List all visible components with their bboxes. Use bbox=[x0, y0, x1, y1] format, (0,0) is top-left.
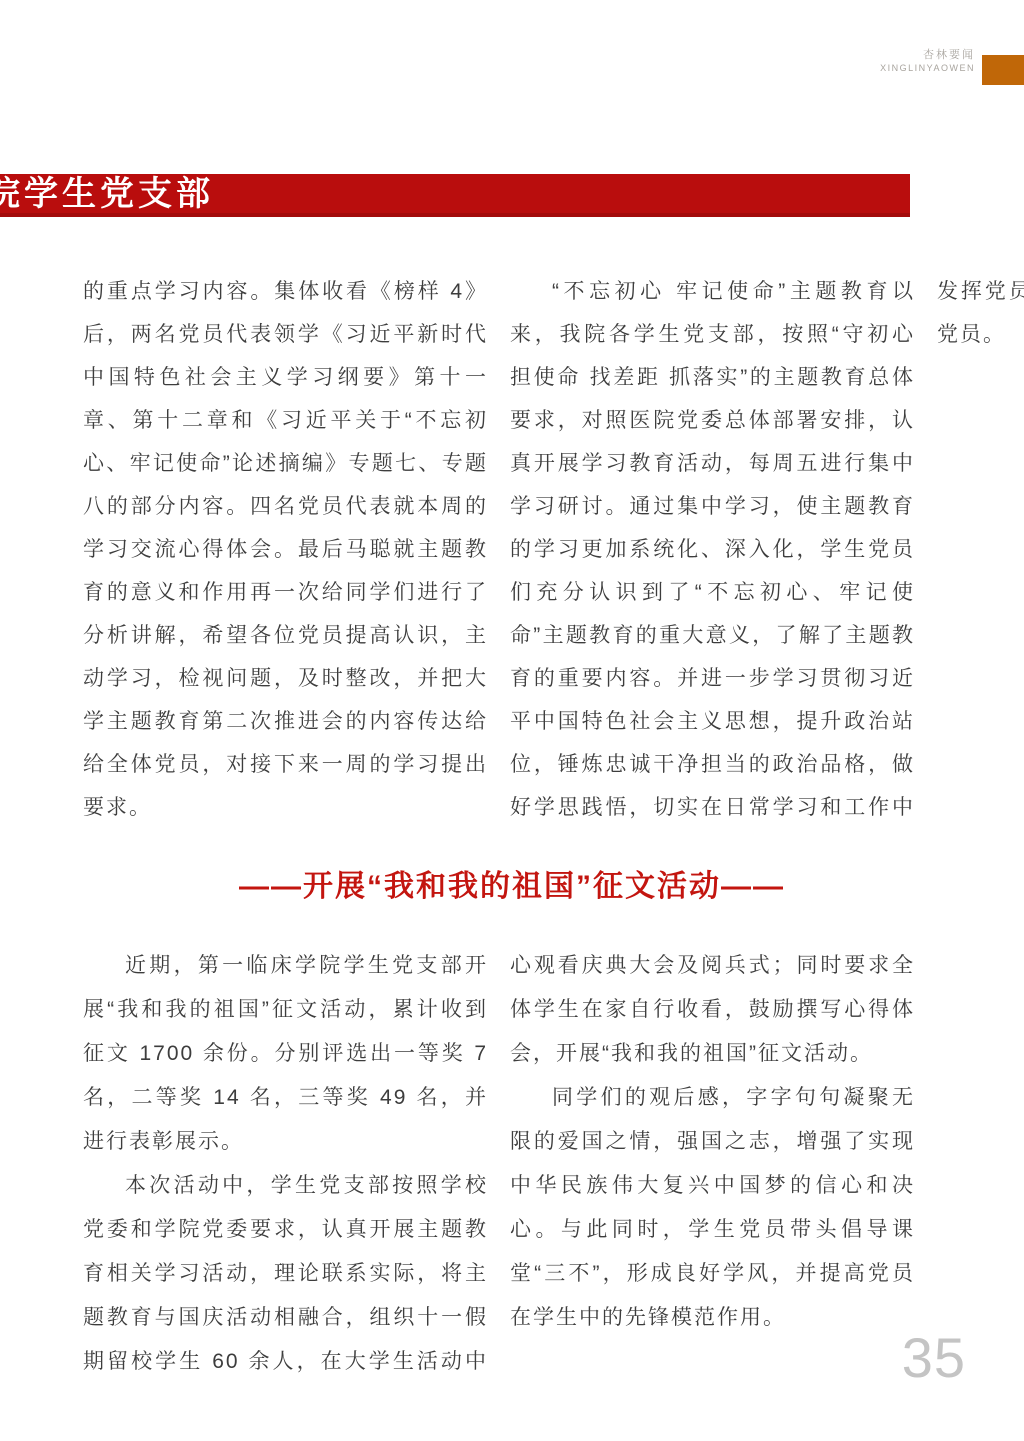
banner-title: 院学生党支部 bbox=[0, 174, 910, 214]
masthead-label-cn: 杏林要闻 bbox=[880, 48, 975, 62]
masthead: 杏林要闻 XINGLINYAOWEN bbox=[880, 48, 975, 75]
article1-paragraph-2: “不忘初心 牢记使命”主题教育以来，我院各学生党支部，按照“守初心 担使命 找差… bbox=[510, 270, 1024, 832]
article-body-2: 近期，第一临床学院学生党支部开展“我和我的祖国”征文活动，累计收到征文 1700… bbox=[83, 944, 915, 1392]
masthead-label-en: XINGLINYAOWEN bbox=[880, 62, 975, 75]
section-banner: 院学生党支部 bbox=[0, 174, 910, 217]
section2-heading: ——开展“我和我的祖国”征文活动—— bbox=[12, 868, 1012, 906]
page-number: 35 bbox=[902, 1330, 966, 1386]
article1-paragraph-1: 的重点学习内容。集体收看《榜样 4》后，两名党员代表领学《习近平新时代中国特色社… bbox=[83, 270, 488, 829]
article2-paragraph-1: 近期，第一临床学院学生党支部开展“我和我的祖国”征文活动，累计收到征文 1700… bbox=[83, 944, 488, 1164]
masthead-accent-block bbox=[982, 55, 1024, 85]
article-body-1: 的重点学习内容。集体收看《榜样 4》后，两名党员代表领学《习近平新时代中国特色社… bbox=[83, 270, 915, 832]
article2-paragraph-3: 同学们的观后感，字字句句凝聚无限的爱国之情，强国之志，增强了实现中华民族伟大复兴… bbox=[510, 1076, 915, 1340]
magazine-page: 杏林要闻 XINGLINYAOWEN 院学生党支部 的重点学习内容。集体收看《榜… bbox=[0, 0, 1024, 1441]
